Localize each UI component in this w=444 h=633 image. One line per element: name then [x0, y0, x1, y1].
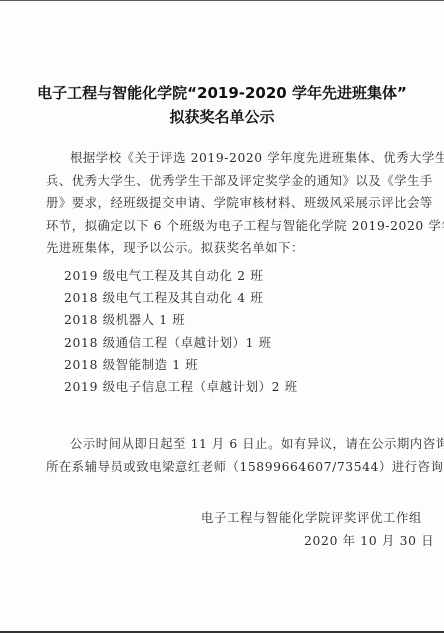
award-list-item: 2018 级智能制造 1 班 [64, 354, 298, 376]
award-list-item: 2019 级电子信息工程（卓越计划）2 班 [64, 376, 298, 398]
notice-line: 所在系辅导员或致电梁意红老师（15899664607/73544）进行咨询投诉。 [46, 456, 406, 479]
intro-line: 先进班集体，现予以公示。拟获奖名单如下： [46, 237, 406, 260]
award-list: 2019 级电气工程及其自动化 2 班 2018 级电气工程及其自动化 4 班 … [64, 265, 298, 398]
intro-line: 根据学校《关于评选 2019-2020 学年度先进班集体、优秀大学生标 [46, 147, 406, 170]
award-list-item: 2018 级机器人 1 班 [64, 309, 298, 331]
notice-paragraph: 公示时间从即日起至 11 月 6 日止。如有异议，请在公示期内咨询 所在系辅导员… [46, 433, 406, 478]
award-list-item: 2019 级电气工程及其自动化 2 班 [64, 265, 298, 287]
document-title-line1: 电子工程与智能化学院“2019-2020 学年先进班集体” [0, 82, 444, 103]
intro-line: 册》要求，经班级提交申请、学院审核材料、班级风采展示评比会等 [46, 192, 406, 215]
intro-line: 兵、优秀大学生、优秀学生干部及评定奖学金的通知》以及《学生手 [46, 170, 406, 193]
notice-line: 公示时间从即日起至 11 月 6 日止。如有异议，请在公示期内咨询 [46, 433, 406, 456]
signature-organization: 电子工程与智能化学院评奖评优工作组 [201, 508, 444, 526]
intro-paragraph: 根据学校《关于评选 2019-2020 学年度先进班集体、优秀大学生标 兵、优秀… [46, 147, 406, 260]
award-list-item: 2018 级电气工程及其自动化 4 班 [64, 287, 298, 309]
document-title-line2: 拟获奖名单公示 [0, 106, 444, 127]
intro-line: 环节，拟确定以下 6 个班级为电子工程与智能化学院 2019-2020 学年度 [46, 215, 406, 238]
top-border [0, 0, 444, 1]
award-list-item: 2018 级通信工程（卓越计划）1 班 [64, 332, 298, 354]
signature-date: 2020 年 10 月 30 日 [304, 531, 444, 549]
